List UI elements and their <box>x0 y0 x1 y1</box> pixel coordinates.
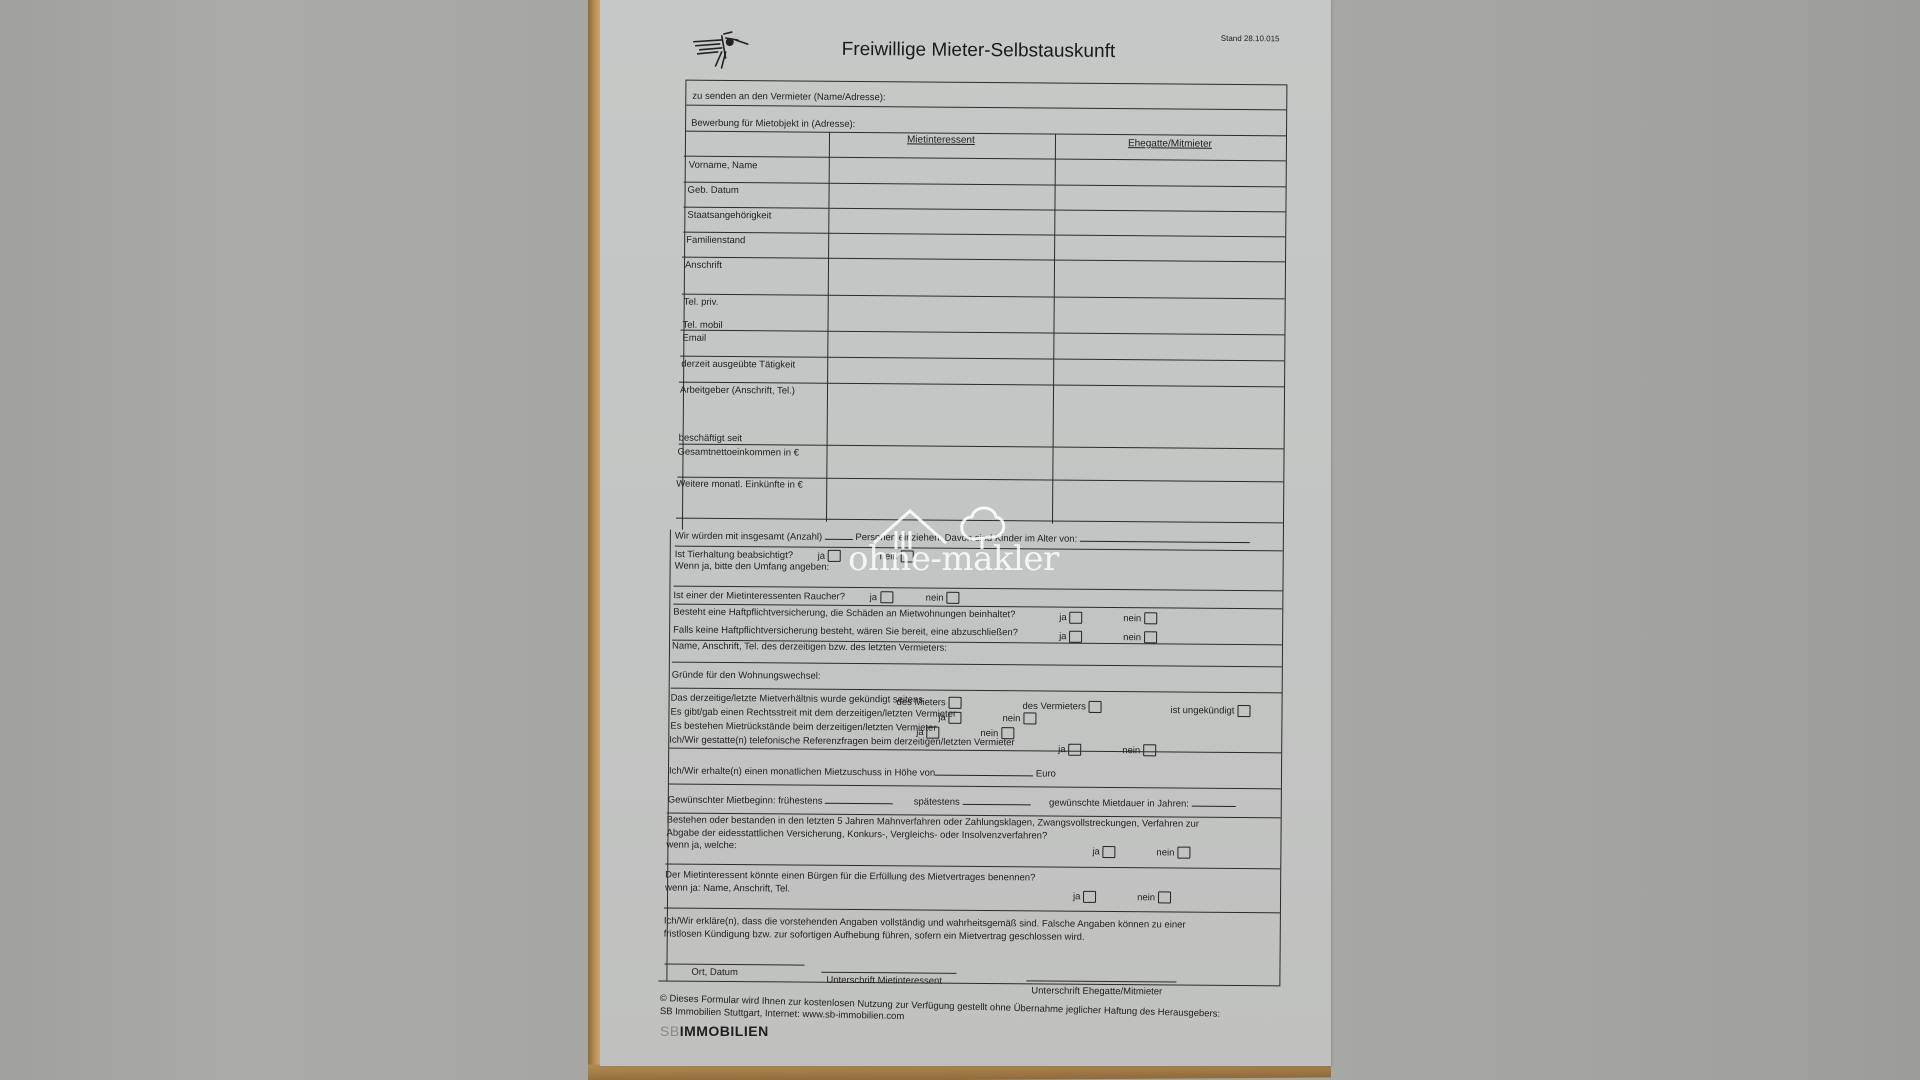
yes-label: ja <box>818 550 825 561</box>
duration-label: gewünschte Mietdauer in Jahren: <box>1049 798 1189 810</box>
row-divider <box>682 294 1285 300</box>
smoker-text: Ist einer der Mietinteressenten Raucher? <box>673 590 845 602</box>
no-label: nein <box>1123 613 1141 624</box>
pets-yes-checkbox[interactable] <box>828 550 841 562</box>
no-label: nein <box>880 551 898 562</box>
yes-label: ja <box>938 712 945 723</box>
row-label-net-income: Gesamtnettoeinkommen in € <box>677 447 799 459</box>
by-tenant-label: des Mieters <box>897 697 946 708</box>
liability-willing-no-checkbox[interactable] <box>1144 631 1157 643</box>
row-label-employed-since: beschäftigt seit <box>679 433 742 444</box>
brand-logo-text: IMMOBILIEN <box>680 1023 769 1039</box>
termination-by-landlord: des Vermieters <box>1022 700 1101 713</box>
row-label-birthdate: Geb. Datum <box>688 185 739 196</box>
column-header-spouse: Ehegatte/Mitmieter <box>1128 138 1212 150</box>
liability-willing-question: Falls keine Haftpflichtversicherung best… <box>673 625 1018 639</box>
row-divider <box>684 182 1286 188</box>
frame-top <box>686 80 1286 86</box>
row-divider <box>669 748 1281 754</box>
brand-logo: SBIMMOBILIEN <box>660 1023 769 1039</box>
smoker-question: Ist einer der Mietinteressenten Raucher?… <box>673 590 959 604</box>
frame-right <box>1279 84 1287 986</box>
no-label: nein <box>1002 713 1020 724</box>
no-label: nein <box>1123 632 1141 643</box>
frame-left-lower <box>666 530 671 982</box>
subsidy-amount-field[interactable] <box>935 765 1033 777</box>
persons-text-a: Wir würden mit insgesamt (Anzahl) <box>675 531 822 543</box>
guarantor-no-checkbox[interactable] <box>1158 891 1171 903</box>
proceedings-yes-checkbox[interactable] <box>1103 846 1116 858</box>
liability-no-checkbox[interactable] <box>1144 612 1157 624</box>
terminated-by-tenant-checkbox[interactable] <box>949 697 962 709</box>
place-date-label: Ort, Datum <box>691 967 738 978</box>
lawsuit-yes-checkbox[interactable] <box>949 712 962 724</box>
row-label-employer: Arbeitgeber (Anschrift, Tel.) <box>680 385 795 397</box>
guarantor-line-2: wenn ja: Name, Anschrift, Tel. <box>665 883 790 895</box>
liability-willing-yes-checkbox[interactable] <box>1069 631 1082 643</box>
termination-question: Das derzeitige/letzte Mietverhältnis wur… <box>671 693 924 706</box>
row-divider <box>682 257 1285 263</box>
row-divider <box>686 105 1286 111</box>
no-label: nein <box>1156 847 1174 858</box>
yes-label: ja <box>870 592 877 603</box>
not-terminated-label: ist ungekündigt <box>1170 705 1234 717</box>
no-label: nein <box>926 592 944 603</box>
row-divider <box>683 207 1285 213</box>
spouse-signature-line[interactable] <box>1026 980 1176 982</box>
row-label-occupation: derzeit ausgeübte Tätigkeit <box>681 359 795 371</box>
persons-question: Wir würden mit insgesamt (Anzahl) Person… <box>675 528 1250 547</box>
row-divider <box>685 131 1286 137</box>
pets-no-checkbox[interactable] <box>901 550 914 562</box>
frame-bottom <box>658 980 1279 986</box>
applicant-signature-line[interactable] <box>821 972 956 974</box>
children-ages-field[interactable] <box>1080 531 1250 543</box>
row-divider <box>672 662 1282 668</box>
column-header-applicant: Mietinteressent <box>907 134 975 146</box>
rent-start-question: Gewünschter Mietbeginn: frühestens späte… <box>668 792 1236 810</box>
brand-logo-sb: SB <box>660 1023 680 1039</box>
not-terminated-checkbox[interactable] <box>1237 705 1250 717</box>
lawsuit-question: Es gibt/gab einen Rechtsstreit mit dem d… <box>670 707 956 720</box>
liability-yes-checkbox[interactable] <box>1070 612 1083 624</box>
form-sheet: Freiwillige Mieter-Selbstauskunft Stand … <box>596 0 1335 1069</box>
row-label-nationality: Staatsangehörigkeit <box>687 210 771 222</box>
start-earliest-field[interactable] <box>825 793 893 805</box>
lawsuit-options: ja nein <box>938 712 1036 725</box>
row-label-phone-mobile: Tel. mobil <box>682 320 722 331</box>
row-label-address: Anschrift <box>685 260 722 271</box>
applicant-signature-label: Unterschrift Mietinteressent <box>826 975 942 987</box>
row-label-email: Email <box>682 333 706 344</box>
column-divider-2 <box>1052 134 1056 524</box>
declaration-line-2: fristlosen Kündigung bzw. zur sofortigen… <box>664 929 1085 943</box>
reasons-label: Gründe für den Wohnungswechsel: <box>672 670 821 682</box>
row-divider <box>665 864 1280 870</box>
no-label: nein <box>1137 892 1155 903</box>
proceedings-options: ja nein <box>1092 846 1190 859</box>
row-divider <box>680 330 1284 336</box>
start-latest-label: spätestens <box>914 796 960 807</box>
start-earliest-label: Gewünschter Mietbeginn: frühestens <box>668 795 823 807</box>
yes-label: ja <box>1059 612 1066 623</box>
column-divider-1 <box>826 132 830 522</box>
by-landlord-label: des Vermieters <box>1022 701 1085 712</box>
references-question: Ich/Wir gestatte(n) telefonische Referen… <box>669 735 1014 749</box>
send-to-label: zu senden an den Vermieter (Name/Adresse… <box>692 91 885 104</box>
blurred-background-left <box>0 0 588 1080</box>
row-label-other-income: Weitere monatl. Einkünfte in € <box>676 479 803 491</box>
pets-text: Ist Tierhaltung beabsichtigt? <box>675 549 793 561</box>
subsidy-text: Ich/Wir erhalte(n) einen monatlichen Mie… <box>669 766 935 779</box>
persons-text-b: Personen einziehen. Davon sind Kinder im… <box>855 532 1077 545</box>
blurred-background-right <box>1331 0 1920 1080</box>
guarantor-options: ja nein <box>1073 891 1171 904</box>
row-label-phone-private: Tel. priv. <box>684 297 719 308</box>
row-divider <box>676 518 1283 524</box>
guarantor-yes-checkbox[interactable] <box>1083 891 1096 903</box>
persons-count-field[interactable] <box>825 529 853 540</box>
subsidy-unit: Euro <box>1036 768 1056 779</box>
not-terminated: ist ungekündigt <box>1170 705 1250 718</box>
yes-label: ja <box>1059 631 1066 642</box>
termination-by-tenant: des Mieters <box>897 696 962 709</box>
spouse-signature-label: Unterschrift Ehegatte/Mitmieter <box>1031 985 1162 997</box>
row-label-marital-status: Familienstand <box>686 235 745 246</box>
terminated-by-landlord-checkbox[interactable] <box>1089 701 1102 713</box>
form-version-date: Stand 28.10.015 <box>1221 34 1280 43</box>
duration-field[interactable] <box>1192 796 1236 807</box>
row-divider <box>683 232 1285 238</box>
previous-landlord-label: Name, Anschrift, Tel. des derzeitigen bz… <box>672 641 947 654</box>
object-label: Bewerbung für Mietobjekt in (Adresse): <box>691 118 855 130</box>
form-paper: Freiwillige Mieter-Selbstauskunft Stand … <box>600 0 1331 1066</box>
yes-label: ja <box>1092 846 1099 857</box>
row-divider <box>664 908 1280 914</box>
smoker-no-checkbox[interactable] <box>947 592 960 604</box>
arrears-question: Es bestehen Mietrückstände beim derzeiti… <box>670 721 936 734</box>
subsidy-question: Ich/Wir erhalte(n) einen monatlichen Mie… <box>669 763 1056 780</box>
liability-question: Besteht eine Haftpflichtversicherung, di… <box>673 607 1015 621</box>
row-label-name: Vorname, Name <box>689 160 758 172</box>
guarantor-line-1: Der Mietinteressent könnte einen Bürgen … <box>665 870 1035 884</box>
bird-sketch-icon <box>692 28 752 70</box>
form-title: Freiwillige Mieter-Selbstauskunft <box>842 39 1116 63</box>
row-divider <box>684 156 1286 162</box>
place-date-line[interactable] <box>664 964 804 966</box>
yes-label: ja <box>1073 891 1080 902</box>
lawsuit-no-checkbox[interactable] <box>1023 712 1036 724</box>
liability-willing-options: ja nein <box>1059 631 1157 644</box>
start-latest-field[interactable] <box>962 794 1030 806</box>
proceedings-line-3: wenn ja, welche: <box>666 840 736 852</box>
proceedings-no-checkbox[interactable] <box>1177 847 1190 859</box>
smoker-yes-checkbox[interactable] <box>880 591 893 603</box>
liability-options: ja nein <box>1059 612 1157 625</box>
pets-scope-label: Wenn ja, bitte den Umfang angeben: <box>675 561 830 573</box>
row-divider <box>668 784 1281 790</box>
